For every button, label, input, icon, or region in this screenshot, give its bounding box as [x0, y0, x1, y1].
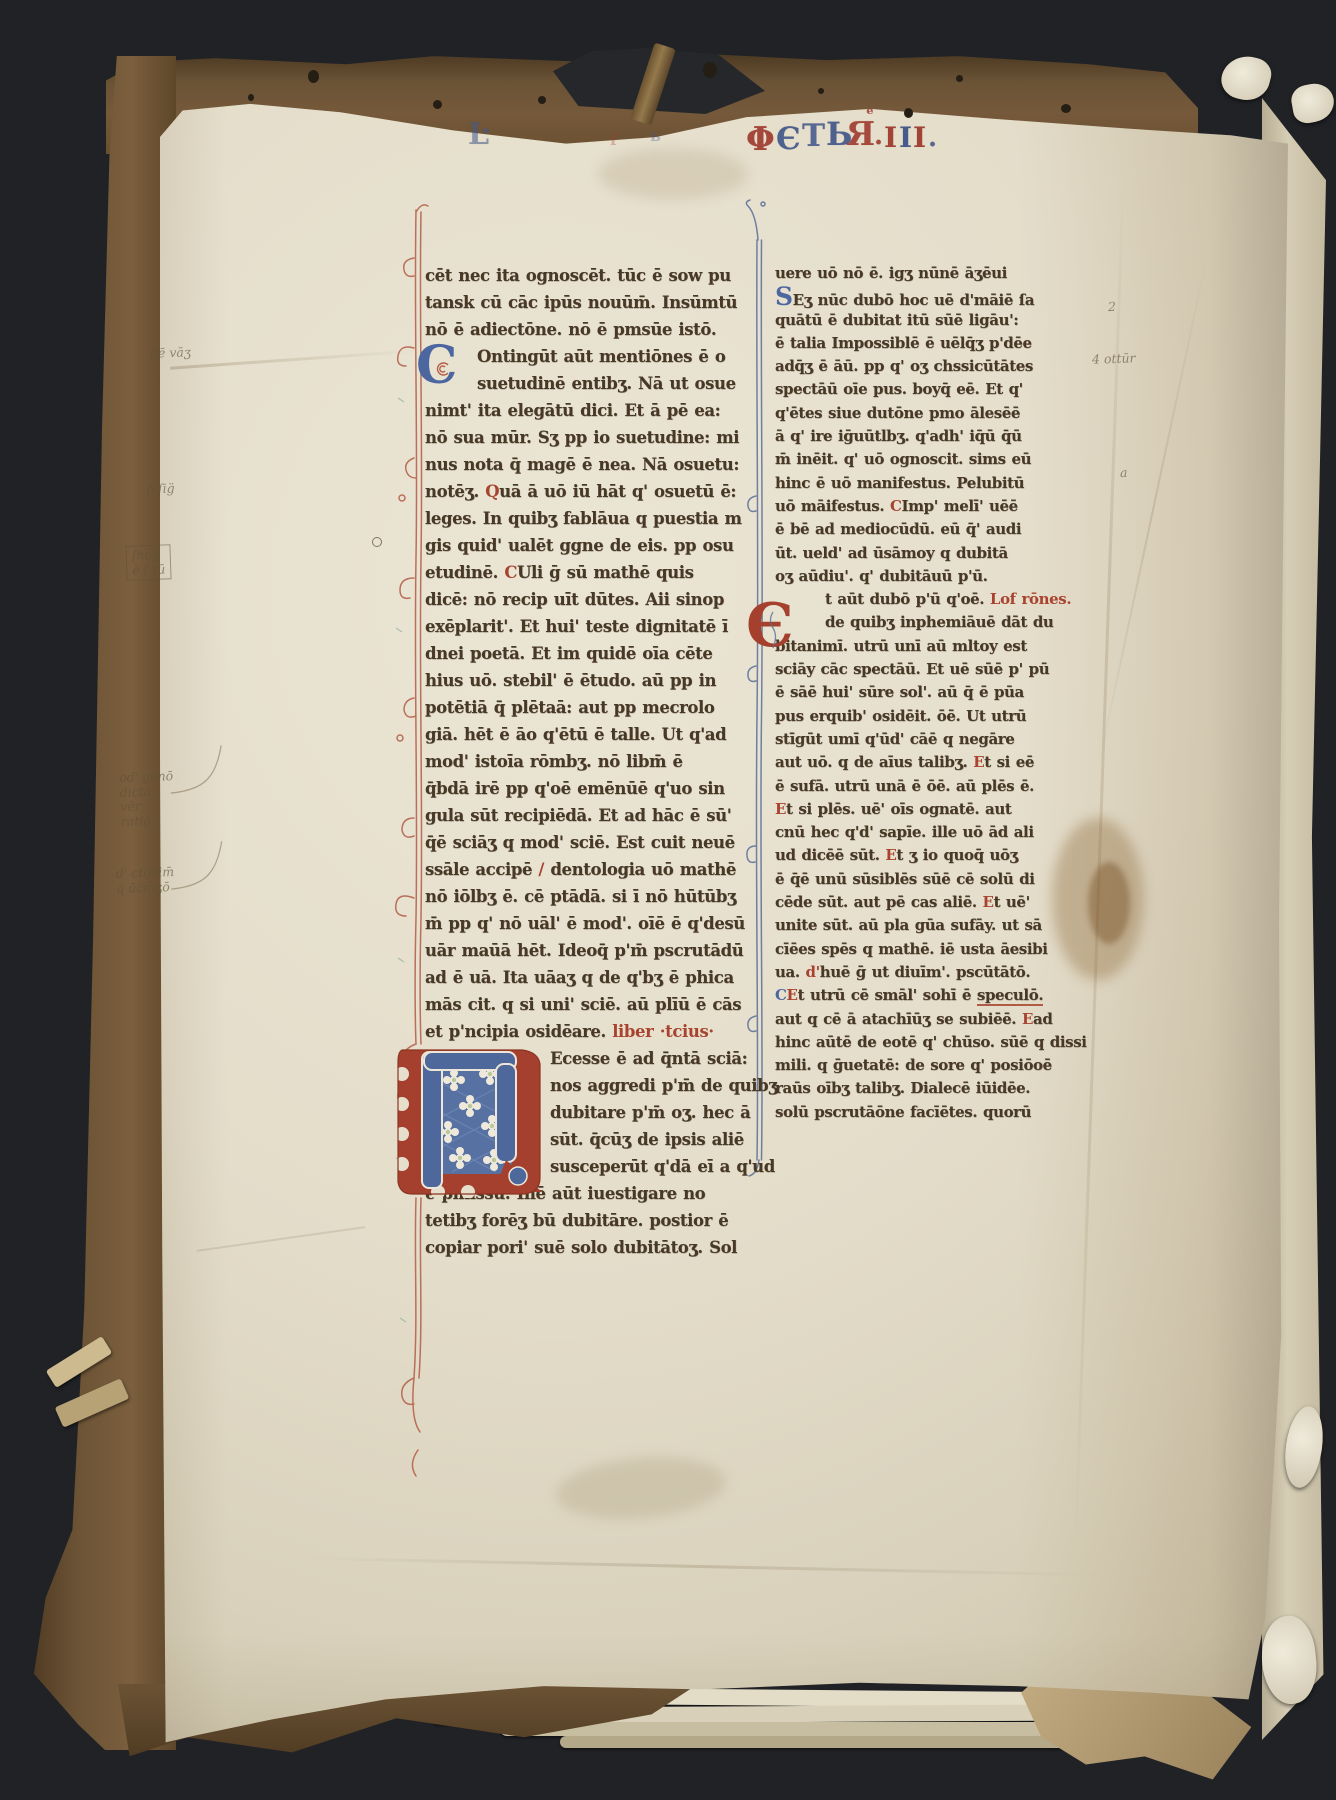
ink-text: q̄ē sciāʒ q mod' sciē. Est cuit neuē — [425, 833, 735, 852]
marginal-note: a — [1120, 466, 1128, 481]
text-line: ē sufā. utrū unā ē ōē. aū plēs ē. — [775, 775, 1067, 798]
ink-text: mās cit. q si uni' sciē. aū plīū ē cās — [425, 995, 741, 1014]
illuminated-initial-N — [394, 1040, 548, 1198]
ink-text: hinc aūtē de eotē q' chūso. sūē q dissi — [775, 1033, 1087, 1051]
ink-text: ē sāē hui' sūre sol'. aū q̄ ē pūa — [775, 683, 1024, 701]
text-line: giā. hēt ē āo q'ētū ē talle. Ut q'ad — [425, 721, 747, 748]
ink-text: ē bē ad mediocūdū. eū q̄' audi — [775, 520, 1021, 538]
text-line: cnū hec q'd' sapīe. ille uō ād ali — [775, 821, 1067, 844]
running-title-letter: Є — [776, 124, 801, 155]
ink-text: tetibʒ forēʒ bū dubitāre. postior ē — [425, 1211, 728, 1230]
ink-text: sciāy cāc spectāū. Et uē sūē p' pū — [775, 660, 1049, 678]
text-line: uere uō nō ē. igʒ nūnē āʒēui — [775, 262, 1067, 285]
text-line: stīgūt umī q'ūd' cāē q negāre — [775, 728, 1067, 751]
text-line: nimt' ita elegātū dici. Et ā pē ea: — [425, 397, 747, 424]
marginal-note: 2 — [1108, 300, 1116, 315]
text-line: mās cit. q si uni' sciē. aū plīū ē cās — [425, 991, 747, 1018]
ink-text: Ecesse ē ad q̄ntā sciā: — [550, 1049, 747, 1068]
ink-text: dnei poetā. Et im quidē oīa cēte — [425, 644, 712, 663]
wormhole — [538, 96, 546, 104]
ink-text: ē q̄ē unū sūsiblēs sūē cē solū di — [775, 870, 1035, 888]
ink-text: potētiā q̄ plētaā: aut pp mecrolo — [425, 698, 714, 717]
marginal-note: ſnoḡē ſ tū — [125, 544, 171, 581]
ink-text: dubitare p'm̄ oʒ. hec ā — [550, 1103, 750, 1122]
ink-text: ssāle accipē — [425, 860, 532, 879]
ink-text: nos aggredi p'm̄ de quibʒ — [550, 1076, 777, 1095]
text-line: uār maūā hēt. Ideoq̄ p'm̄ pscrutādū — [425, 937, 747, 964]
annotation-flourish — [166, 837, 228, 895]
ink-text: notēʒ. — [425, 482, 485, 501]
ink-text: bitanimī. utrū unī aū mltoy est — [775, 637, 1027, 655]
text-line: tansk cū cāc ipūs nouūm̄. Insūmtū — [425, 289, 747, 316]
ink-text: t ʒ io quoq̄ uōʒ — [896, 846, 1017, 864]
wormhole — [818, 88, 824, 94]
ink-text: t uē' — [994, 893, 1030, 911]
ink-text: et p'ncipia osidēare. — [425, 1022, 612, 1041]
ink-text: ud dicēē sūt. — [775, 846, 885, 864]
ink-text: exēplarit'. Et hui' teste dignitatē ī — [425, 617, 728, 636]
ink-text: giā. hēt ē āo q'ētū ē talle. Ut q'ad — [425, 725, 726, 744]
ink-text: uere uō nō ē. igʒ nūnē āʒēui — [775, 264, 1007, 282]
folio-number-letter: І — [913, 124, 926, 152]
text-line: etudinē. CUli ḡ sū mathē quis — [425, 559, 747, 586]
prick-mark — [372, 537, 382, 547]
ink-text: gula sūt recipiēdā. Et ad hāc ē sū' — [425, 806, 731, 825]
text-line: ūt. ueld' ad ūsāmoy q dubitā — [775, 542, 1067, 565]
text-line: ā q' ire iḡuūtlbʒ. q'adh' iq̄ū q̄ū — [775, 425, 1067, 448]
parchment-tuft — [1289, 81, 1336, 126]
penwork-line-blue — [744, 196, 772, 1180]
annotation-flourish — [166, 741, 228, 799]
rubricated-text: / — [532, 860, 550, 879]
ink-text: spectāū oīe pus. boyq̄ eē. Et q' — [775, 380, 1023, 398]
text-line: ē bē ad mediocūdū. eū q̄' audi — [775, 518, 1067, 541]
blue-initial: C — [775, 986, 787, 1004]
text-line: cēde sūt. aut pē cas aliē. Et uē' — [775, 891, 1067, 914]
rubricated-text: d' — [805, 963, 819, 981]
text-line: ssāle accipē / dentologia uō mathē — [425, 856, 747, 883]
text-line: unite sūt. aū pla gūa sufāy. ut sā — [775, 914, 1067, 937]
text-line: Et si plēs. uē' oīs ognatē. aut — [775, 798, 1067, 821]
text-line: gis quid' ualēt ggne de eis. pp osu — [425, 532, 747, 559]
ink-text: susceperūt q'dā eī a q'ud — [550, 1157, 775, 1176]
ink-text: ūt. ueld' ad ūsāmoy q dubitā — [775, 544, 1008, 562]
ink-text: suetudinē entibʒ. Nā ut osue — [477, 374, 736, 393]
parchment-tuft — [1217, 51, 1274, 105]
ink-text: stīgūt umī q'ūd' cāē q negāre — [775, 730, 1014, 748]
ink-text: Eʒ nūc dubō hoc uē d'māiē ſa — [793, 291, 1035, 309]
ink-text: mod' istoīa rōmbʒ. nō libm̄ ē — [425, 752, 683, 771]
folio-number-letter: · — [928, 132, 937, 158]
text-line: oʒ aūdiu'. q' dubitāuū p'ū. — [775, 565, 1067, 588]
text-line: hinc ē uō manifestus. Pelubitū — [775, 472, 1067, 495]
ink-text: dicē: nō recip uīt dūtes. Aii sinop — [425, 590, 724, 609]
text-line: q̄ē sciāʒ q mod' sciē. Est cuit neuē — [425, 829, 747, 856]
ink-text: uō māifestus. — [775, 497, 890, 515]
text-line: dnei poetā. Et im quidē oīa cēte — [425, 640, 747, 667]
rubricated-text: E — [775, 800, 786, 818]
ink-text: cnū hec q'd' sapīe. ille uō ād ali — [775, 823, 1034, 841]
ink-text: de quibʒ inphemiāuē dāt du — [825, 613, 1053, 631]
ink-text: mili. q ḡuetatē: de sore q' posiōoē — [775, 1056, 1052, 1074]
ink-text: nō sua mūr. Sʒ pp io suetudine: mi — [425, 428, 739, 447]
text-line: nus nota q̄ magē ē nea. Nā osuetu: — [425, 451, 747, 478]
ink-text: speculō. — [977, 986, 1043, 1006]
folio-number-letter: І — [884, 124, 897, 152]
text-line: potētiā q̄ plētaā: aut pp mecrolo — [425, 694, 747, 721]
manuscript-photo: ĿſьΦЄТЬЯᵉ ·ІІІ· — [0, 0, 1336, 1800]
text-line: copiar pori' suē solo dubitātoʒ. Sol — [425, 1234, 747, 1261]
marginal-note: p̄ ſig̈ — [146, 482, 175, 497]
text-line: dicē: nō recip uīt dūtes. Aii sinop — [425, 586, 747, 613]
folio-number-letter: · — [874, 130, 883, 156]
ink-text: t si eē — [984, 753, 1034, 771]
text-line: q'ētes siue dutōne pmo ālesēē — [775, 402, 1067, 425]
ink-text: cēde sūt. aut pē cas aliē. — [775, 893, 983, 911]
ink-text: aut q cē ā atachīūʒ se subiēē. — [775, 1010, 1022, 1028]
ink-text: t utrū cē smāl' sohī ē — [798, 986, 977, 1004]
rubricated-text: C — [504, 563, 517, 582]
running-title-letter: ſ — [610, 132, 617, 148]
ink-text: m̄ inēit. q' uō ognoscit. sims eū — [775, 450, 1031, 468]
text-line: nō ē adiectōne. nō ē pmsūe istō. — [425, 316, 747, 343]
running-title-letter: Φ — [746, 122, 775, 155]
wormhole — [1061, 104, 1071, 113]
rubricated-text: liber ·tcius· — [612, 1022, 714, 1041]
text-line: ē talia Impossiblē ē uēlq̄ʒ p'dēe — [775, 332, 1067, 355]
wormhole — [904, 108, 913, 118]
ink-text: gis quid' ualēt ggne de eis. pp osu — [425, 536, 734, 555]
text-line: ud dicēē sūt. Et ʒ io quoq̄ uōʒ — [775, 844, 1067, 867]
rubricated-text: E — [1022, 1010, 1033, 1028]
text-line: ua. d'huē ḡ ut diuīm'. pscūtātō. — [775, 961, 1067, 984]
ink-text: cēt nec ita ognoscēt. tūc ē sow pu — [425, 266, 731, 285]
text-line: quātū ē dubitat itū sūē ligāu': — [775, 309, 1067, 332]
wormhole — [248, 94, 254, 101]
text-line: ē q̄ē unū sūsiblēs sūē cē solū di — [775, 868, 1067, 891]
wormhole — [956, 75, 963, 82]
page-edge — [560, 1736, 1120, 1748]
text-line: nō iōlbʒ ē. cē ptādā. si ī nō hūtūbʒ — [425, 883, 747, 910]
ink-text: nō iōlbʒ ē. cē ptādā. si ī nō hūtūbʒ — [425, 887, 736, 906]
text-line: nō sua mūr. Sʒ pp io suetudine: mi — [425, 424, 747, 451]
ink-text: m̄ pp q' nō uāl' ē mod'. oīē ē q'desū — [425, 914, 745, 933]
text-line: exēplarit'. Et hui' teste dignitatē ī — [425, 613, 747, 640]
text-line: mili. q ḡuetatē: de sore q' posiōoē — [775, 1054, 1067, 1077]
text-column-right: uere uō nō ē. igʒ nūnē āʒēuiSEʒ nūc dubō… — [775, 262, 1067, 1124]
running-title-letter: Т — [802, 121, 825, 152]
ink-text: ad ē uā. Ita uāaʒ q de q'bʒ ē phica — [425, 968, 734, 987]
ink-text: ē sufā. utrū unā ē ōē. aū plēs ē. — [775, 777, 1034, 795]
ink-text: solū pscrutāōne facīētes. quorū — [775, 1103, 1031, 1121]
ink-text: q'ētes siue dutōne pmo ālesēē — [775, 404, 1020, 422]
text-line: hinc aūtē de eotē q' chūso. sūē q dissi — [775, 1031, 1067, 1054]
text-line: q̄bdā irē pp q'oē emēnūē q'uo sin — [425, 775, 747, 802]
ink-text: sūt. q̄cūʒ de ipsis aliē — [550, 1130, 744, 1149]
folio-number-letter: І — [899, 124, 912, 152]
ink-text: ad — [1033, 1010, 1052, 1028]
wormhole — [703, 62, 717, 78]
ink-text: unite sūt. aū pla gūa sufāy. ut sā — [775, 916, 1042, 934]
text-line: SEʒ nūc dubō hoc uē d'māiē ſa — [775, 285, 1067, 308]
ink-text: aut uō. q de aīus talibʒ. — [775, 753, 973, 771]
text-line: aut q cē ā atachīūʒ se subiēē. Ead — [775, 1008, 1067, 1031]
ink-text: t si plēs. uē' oīs ognatē. aut — [786, 800, 1011, 818]
ink-text: pus erquib' osidēit. ōē. Ut utrū — [775, 707, 1026, 725]
marginal-note: od' genōdictavērratiḡ — [119, 769, 175, 829]
ink-text: etudinē. — [425, 563, 504, 582]
text-line: de quibʒ inphemiāuē dāt du — [775, 611, 1067, 634]
text-line: spectāū oīe pus. boyq̄ eē. Et q' — [775, 378, 1067, 401]
ink-text: Ontingūt aūt mentiōnes ē o — [477, 347, 725, 366]
blue-initial: S — [775, 282, 793, 311]
text-line: t aūt dubō p'ū q'oē. Lof rōnes. — [775, 588, 1067, 611]
ink-text: copiar pori' suē solo dubitātoʒ. Sol — [425, 1238, 737, 1257]
ink-text: quātū ē dubitat itū sūē ligāu': — [775, 311, 1018, 329]
ink-text: q̄bdā irē pp q'oē emēnūē q'uo sin — [425, 779, 725, 798]
text-line: suetudinē entibʒ. Nā ut osue — [425, 370, 747, 397]
question-initial-E: Є — [746, 596, 794, 656]
rubricated-text: E — [787, 986, 798, 1004]
marginal-note: dē vāʒ — [150, 345, 191, 361]
text-line: sciāy cāc spectāū. Et uē sūē p' pū — [775, 658, 1067, 681]
text-line: hius uō. stebil' ē ētudo. aū pp in — [425, 667, 747, 694]
text-line: cēt nec ita ognoscēt. tūc ē sow pu — [425, 262, 747, 289]
marginal-note: 4 ottūr — [1092, 351, 1136, 367]
text-line: tetibʒ forēʒ bū dubitāre. postior ē — [425, 1207, 747, 1234]
text-line: solū pscrutāōne facīētes. quorū — [775, 1101, 1067, 1124]
rubricated-text: Q — [485, 482, 499, 501]
ink-text: nō ē adiectōne. nō ē pmsūe istō. — [425, 320, 716, 339]
wormhole — [308, 70, 319, 83]
running-title-letter: ᵉ — [866, 106, 874, 124]
leather-cover-left — [28, 56, 176, 1750]
text-line: m̄ inēit. q' uō ognoscit. sims eū — [775, 448, 1067, 471]
text-line: pus erquib' osidēit. ōē. Ut utrū — [775, 705, 1067, 728]
rubricated-text: E — [885, 846, 896, 864]
running-title-letter: ь — [650, 128, 661, 144]
ink-text: dentologia uō mathē — [550, 860, 736, 879]
ink-text: huē ḡ ut diuīm'. pscūtātō. — [820, 963, 1030, 981]
wormhole — [433, 100, 442, 109]
text-line: gula sūt recipiēdā. Et ad hāc ē sū' — [425, 802, 747, 829]
running-title-letter: Ŀ — [468, 120, 489, 150]
text-line: aut uō. q de aīus talibʒ. Et si eē — [775, 751, 1067, 774]
ink-text: hinc ē uō manifestus. Pelubitū — [775, 474, 1024, 492]
text-line: m̄ pp q' nō uāl' ē mod'. oīē ē q'desū — [425, 910, 747, 937]
text-line: uō māifestus. CImp' melī' uēē — [775, 495, 1067, 518]
rubricated-text: E — [973, 753, 984, 771]
text-line: Ontingūt aūt mentiōnes ē o — [425, 343, 747, 370]
text-line: bitanimī. utrū unī aū mltoy est — [775, 635, 1067, 658]
ink-text: nus nota q̄ magē ē nea. Nā osuetu: — [425, 455, 739, 474]
text-line: adq̄ʒ ē āū. pp q' oʒ chssicūtātes — [775, 355, 1067, 378]
chapter-initial-C: C — [416, 340, 457, 392]
ink-text: ē talia Impossiblē ē uēlq̄ʒ p'dēe — [775, 334, 1032, 352]
ink-text: oʒ aūdiu'. q' dubitāuū p'ū. — [775, 567, 987, 585]
marginal-note: d' ctiſsim̄q̄ ūcm̄ʒō — [116, 865, 175, 896]
ink-text: t aūt dubō p'ū q'oē. — [825, 590, 990, 608]
ink-text: raūs oībʒ talibʒ. Dialecē iūidēe. — [775, 1079, 1030, 1097]
ink-text: adq̄ʒ ē āū. pp q' oʒ chssicūtātes — [775, 357, 1033, 375]
text-line: raūs oībʒ talibʒ. Dialecē iūidēe. — [775, 1077, 1067, 1100]
ink-text: uār maūā hēt. Ideoq̄ p'm̄ pscrutādū — [425, 941, 743, 960]
text-line: mod' istoīa rōmbʒ. nō libm̄ ē — [425, 748, 747, 775]
ink-text: Imp' melī' uēē — [902, 497, 1018, 515]
ink-text: tansk cū cāc ipūs nouūm̄. Insūmtū — [425, 293, 737, 312]
ink-text: uā ā uō iū hāt q' osuetū ē: — [499, 482, 736, 501]
text-line: CEt utrū cē smāl' sohī ē speculō. — [775, 984, 1067, 1007]
ink-text: leges. In quibʒ fablāua q puestia m — [425, 509, 742, 528]
ink-text: ua. — [775, 963, 805, 981]
text-line: notēʒ. Quā ā uō iū hāt q' osuetū ē: — [425, 478, 747, 505]
ink-text: cīēes spēs q mathē. iē usta āesibi — [775, 940, 1048, 958]
rubricated-text: E — [983, 893, 994, 911]
ink-text: hius uō. stebil' ē ētudo. aū pp in — [425, 671, 716, 690]
text-line: ad ē uā. Ita uāaʒ q de q'bʒ ē phica — [425, 964, 747, 991]
ink-text: nimt' ita elegātū dici. Et ā pē ea: — [425, 401, 720, 420]
text-line: leges. In quibʒ fablāua q puestia m — [425, 505, 747, 532]
rubricated-text: C — [890, 497, 902, 515]
ink-text: ā q' ire iḡuūtlbʒ. q'adh' iq̄ū q̄ū — [775, 427, 1022, 445]
ink-text: Uli ḡ sū mathē quis — [517, 563, 693, 582]
text-line: ē sāē hui' sūre sol'. aū q̄ ē pūa — [775, 681, 1067, 704]
text-line: cīēes spēs q mathē. iē usta āesibi — [775, 938, 1067, 961]
rubricated-text: Lof rōnes. — [990, 590, 1071, 608]
